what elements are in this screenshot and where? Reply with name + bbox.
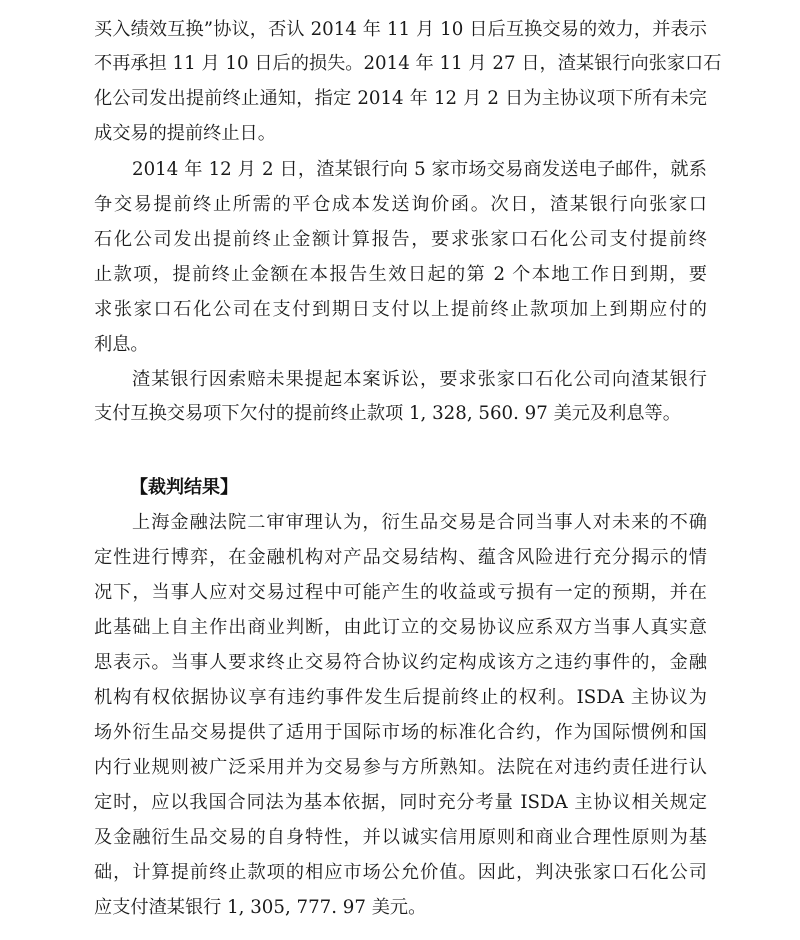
paragraph-line: 上海金融法院二审审理认为，衍生品交易是合同当事人对未来的不确	[132, 508, 707, 538]
paragraph-line: 定性进行博弈，在金融机构对产品交易结构、蕴含风险进行充分揭示的情	[94, 543, 707, 573]
paragraph-line: 此基础上自主作出商业判断，由此订立的交易协议应系双方当事人真实意	[94, 613, 707, 643]
paragraph-line: 求张家口石化公司在支付到期日支付以上提前终止款项加上到期应付的	[94, 295, 707, 325]
paragraph-line: 争交易提前终止所需的平仓成本发送询价函。次日，渣某银行向张家口	[94, 190, 707, 220]
paragraph-line: 定时，应以我国合同法为基本依据，同时充分考量 ISDA 主协议相关规定	[94, 788, 707, 818]
paragraph-line: 买入绩效互换”协议，否认 2014 年 11 月 10 日后互换交易的效力，并表…	[94, 15, 707, 45]
paragraph-line: 渣某银行因索赔未果提起本案诉讼，要求张家口石化公司向渣某银行	[132, 365, 707, 395]
paragraph-line: 场外衍生品交易提供了适用于国际市场的标准化合约，作为国际惯例和国	[94, 718, 707, 748]
paragraph-line: 支付互换交易项下欠付的提前终止款项 1, 328, 560. 97 美元及利息等…	[94, 399, 707, 429]
paragraph-line: 石化公司发出提前终止金额计算报告，要求张家口石化公司支付提前终	[94, 225, 707, 255]
section-heading: 【裁判结果】	[130, 473, 238, 503]
paragraph-line: 不再承担 11 月 10 日后的损失。2014 年 11 月 27 日，渣某银行…	[94, 49, 707, 79]
paragraph-line: 利息。	[94, 330, 707, 360]
paragraph-line: 内行业规则被广泛采用并为交易参与方所熟知。法院在对违约责任进行认	[94, 753, 707, 783]
paragraph-line: 思表示。当事人要求终止交易符合协议约定构成该方之违约事件的，金融	[94, 648, 707, 678]
paragraph-line: 2014 年 12 月 2 日，渣某银行向 5 家市场交易商发送电子邮件，就系	[132, 155, 707, 185]
paragraph-line: 机构有权依据协议享有违约事件发生后提前终止的权利。ISDA 主协议为	[94, 683, 707, 713]
paragraph-line: 化公司发出提前终止通知，指定 2014 年 12 月 2 日为主协议项下所有未完	[94, 84, 707, 114]
paragraph-line: 止款项，提前终止金额在本报告生效日起的第 2 个本地工作日到期，要	[94, 260, 707, 290]
paragraph-line: 及金融衍生品交易的自身特性，并以诚实信用原则和商业合理性原则为基	[94, 823, 707, 853]
paragraph-line: 况下，当事人应对交易过程中可能产生的收益或亏损有一定的预期，并在	[94, 578, 707, 608]
paragraph-line: 成交易的提前终止日。	[94, 119, 707, 149]
paragraph-line: 应支付渣某银行 1, 305, 777. 97 美元。	[94, 893, 707, 923]
paragraph-line: 础，计算提前终止款项的相应市场公允价值。因此，判决张家口石化公司	[94, 858, 707, 888]
